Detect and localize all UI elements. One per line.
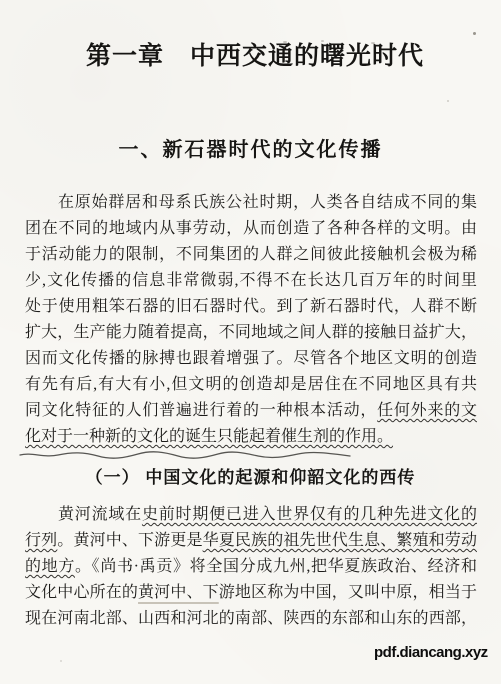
- paragraph-2: 黄河流域在史前时期便已进入世界仅有的几种先进文化的行列。黄河中、下游更是华夏民族…: [25, 502, 477, 632]
- text-segment: 现在河南北部、山西和河北的南部、陕西的东部和山东的西部，: [25, 610, 477, 627]
- watermark-url: pdf.diancang.xyz: [374, 644, 488, 661]
- text-line: 在原始群居和母系氏族公社时期，人类各自结成不同的集: [25, 190, 477, 216]
- text-line: 有先有后,有大有小,但文明的创造却是居住在不同地区具有共: [25, 372, 477, 398]
- text-line: 行列。黄河中、下游更是华夏民族的祖先世代生息、繁殖和劳动: [25, 528, 477, 554]
- text-segment: 黄河流域在: [58, 506, 142, 523]
- text-line: 化对于一种新的文化的诞生只能起着催生剂的作用。: [25, 424, 477, 450]
- text-segment: 处于使用粗笨石器的旧石器时代。到了新石器时代，人群不断: [25, 298, 477, 315]
- text-segment: 有先有后,有大有小,但文明的创造却是居住在不同地区具有共: [25, 376, 477, 393]
- text-segment: 游地区称为中国，又叫中原，相当于: [219, 584, 477, 601]
- chapter-title: 第一章 中西交通的曙光时代: [86, 42, 424, 72]
- text-segment: 少,文化传播的信息非常微弱,不得不在长达几百万年的时间里: [25, 272, 477, 289]
- text-line: 同文化特征的人们普遍进行着的一种根本活动，任何外来的文: [25, 398, 477, 424]
- underlined-text: 行列: [25, 532, 57, 549]
- text-line: 扩大，生产能力随着提高，不同地域之间人群的接触日益扩大，: [25, 320, 477, 346]
- scanned-book-page: 第一章 中西交通的曙光时代 一、新石器时代的文化传播 在原始群居和母系氏族公社时…: [0, 0, 501, 684]
- scan-speck: [283, 41, 287, 43]
- text-segment: 团在不同的地域内从事劳动，从而创造了各种各样的文明。由: [25, 220, 477, 237]
- text-segment: 扩大，生产能力随着提高，不同地域之间人群的接触日益扩大，: [25, 324, 477, 341]
- scan-speck: [60, 660, 62, 662]
- paragraph-1: 在原始群居和母系氏族公社时期，人类各自结成不同的集团在不同的地域内从事劳动，从而…: [25, 190, 477, 450]
- text-line: 处于使用粗笨石器的旧石器时代。到了新石器时代，人群不断: [25, 294, 477, 320]
- text-line: 少,文化传播的信息非常微弱,不得不在长达几百万年的时间里: [25, 268, 477, 294]
- underlined-text: 的地方: [25, 558, 75, 575]
- scan-speck: [371, 42, 375, 44]
- scan-speck: [447, 100, 449, 102]
- subsection-heading: （一） 中国文化的起源和仰韶文化的西传: [0, 468, 501, 488]
- scan-speck: [321, 40, 324, 42]
- text-segment: 于活动能力的限制，不同集团的人群之间彼此接触机会极为稀: [25, 246, 477, 263]
- scan-speck: [473, 32, 476, 35]
- underlined-text: 黄河中、下: [138, 584, 219, 601]
- text-segment: 因而文化传播的脉搏也跟着增强了。尽管各个地区文明的创造: [25, 350, 477, 367]
- text-segment: 。《尚书·禹贡》将全国分成九州,把华夏族政治、经济和: [75, 558, 477, 575]
- text-segment: 在原始群居和母系氏族公社时期，人类各自结成不同的集: [58, 194, 477, 211]
- text-segment: 同文化特征的人们普遍进行着的一种根本活动，: [25, 402, 377, 419]
- underlined-text: 化对于一种新的文化的诞生只能起着催生剂的作用。: [25, 428, 393, 445]
- text-segment: 。黄河中、下游更是: [57, 532, 202, 549]
- underlined-text: 任何外来的文: [377, 402, 477, 419]
- text-line: 的地方。《尚书·禹贡》将全国分成九州,把华夏族政治、经济和: [25, 554, 477, 580]
- underlined-text: 华夏民族的祖先世代生息、繁殖和劳动: [203, 532, 477, 549]
- handwritten-scribble-line: [18, 449, 352, 461]
- text-line: 现在河南北部、山西和河北的南部、陕西的东部和山东的西部，: [25, 606, 477, 632]
- text-line: 因而文化传播的脉搏也跟着增强了。尽管各个地区文明的创造: [25, 346, 477, 372]
- underlined-text: 史前时期便已进入世界仅有的几种先进文化的: [142, 506, 477, 523]
- text-line: 黄河流域在史前时期便已进入世界仅有的几种先进文化的: [25, 502, 477, 528]
- text-segment: 文化中心所在的: [25, 584, 138, 601]
- text-line: 文化中心所在的黄河中、下游地区称为中国，又叫中原，相当于: [25, 580, 477, 606]
- text-line: 于活动能力的限制，不同集团的人群之间彼此接触机会极为稀: [25, 242, 477, 268]
- text-line: 团在不同的地域内从事劳动，从而创造了各种各样的文明。由: [25, 216, 477, 242]
- section-heading: 一、新石器时代的文化传播: [0, 138, 501, 162]
